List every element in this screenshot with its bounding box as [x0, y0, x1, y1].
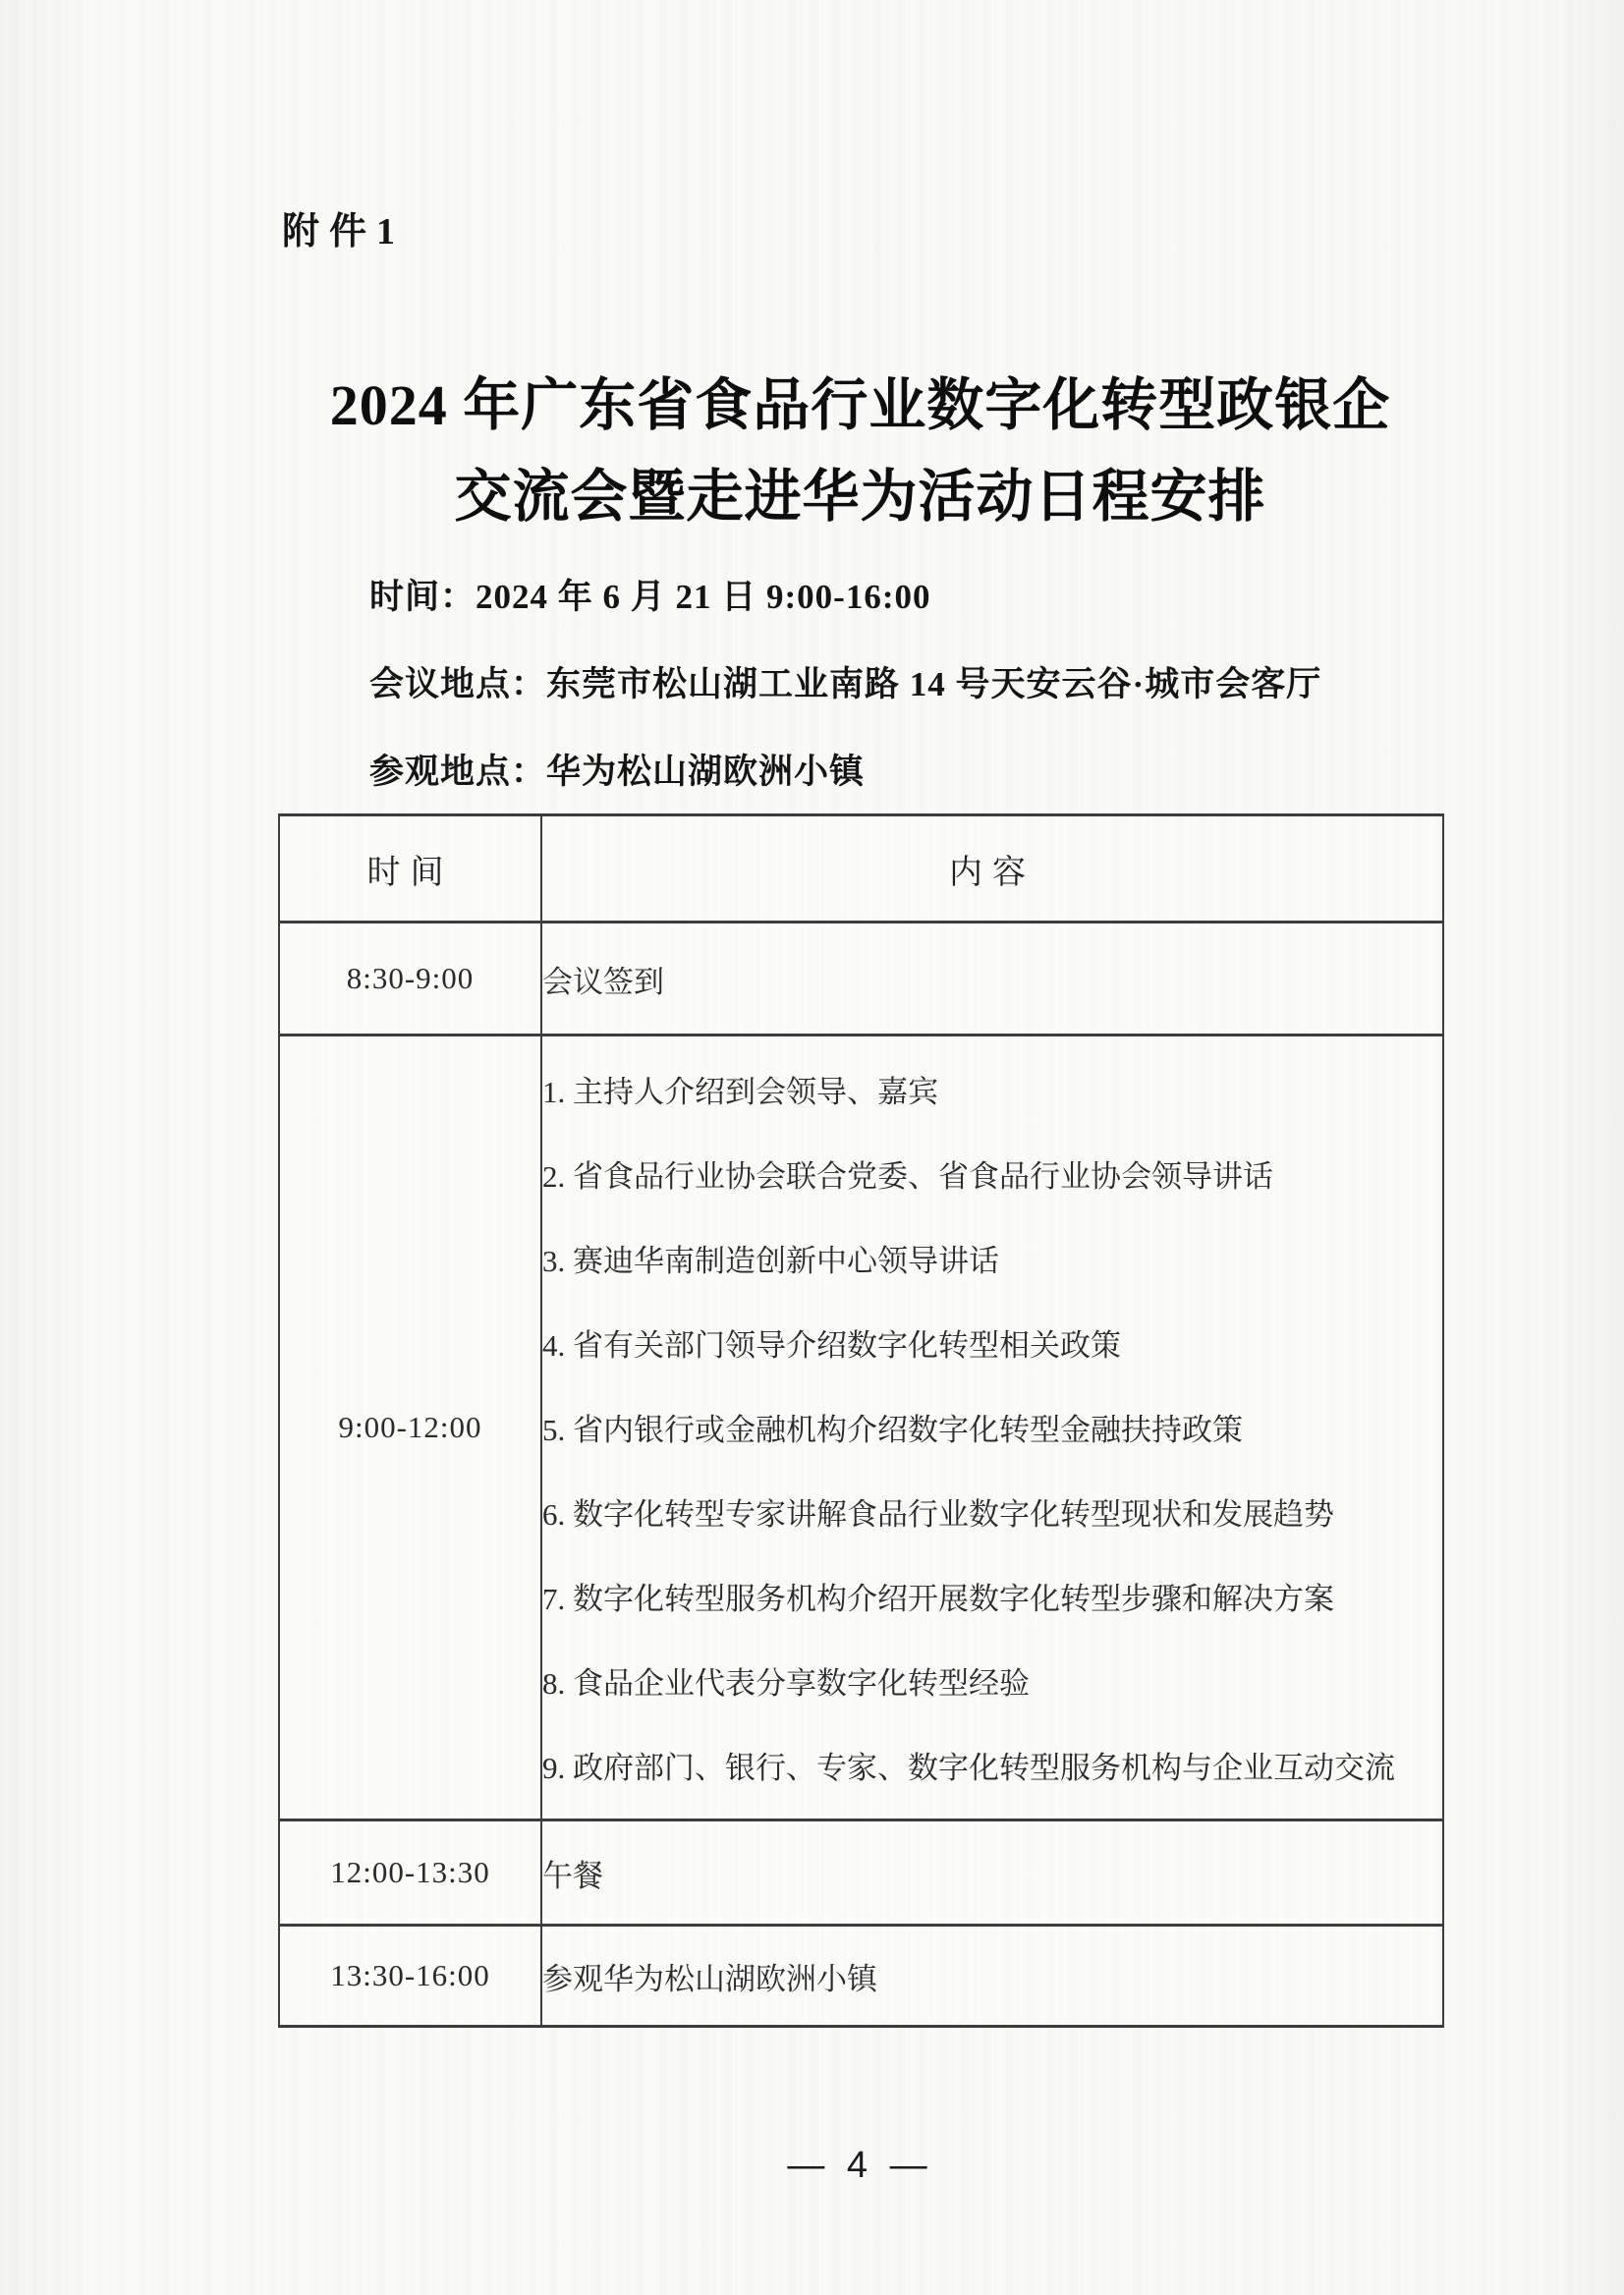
- agenda-item: 5. 省内银行或金融机构介绍数字化转型金融扶持政策: [542, 1388, 1442, 1473]
- page-number: — 4 —: [278, 2145, 1442, 2187]
- table-row-signin: 8:30-9:00 会议签到: [279, 923, 1443, 1036]
- title-line-1: 2024 年广东省食品行业数字化转型政银企: [278, 360, 1442, 451]
- meta-row-meeting-location: 会议地点：东莞市松山湖工业南路 14 号天安云谷·城市会客厅: [369, 662, 1321, 750]
- meta-label-time: 时间：: [369, 578, 476, 616]
- content-cell: 参观华为松山湖欧洲小镇: [541, 1926, 1443, 2027]
- agenda-item: 1. 主持人介绍到会领导、嘉宾: [542, 1050, 1442, 1135]
- time-cell: 8:30-9:00: [279, 923, 541, 1036]
- schedule-table: 时间 内容 8:30-9:00 会议签到 9:00-12:00 1. 主持人介绍…: [278, 813, 1444, 2028]
- title-line-2: 交流会暨走进华为活动日程安排: [278, 451, 1442, 542]
- meta-row-time: 时间：2024 年 6 月 21 日 9:00-16:00: [369, 575, 1321, 662]
- time-cell: 9:00-12:00: [279, 1036, 541, 1820]
- time-cell: 13:30-16:00: [279, 1926, 541, 2027]
- agenda-item: 7. 数字化转型服务机构介绍开展数字化转型步骤和解决方案: [542, 1557, 1442, 1642]
- meta-label-visit-location: 参观地点：: [369, 753, 546, 791]
- table-row-morning-session: 9:00-12:00 1. 主持人介绍到会领导、嘉宾 2. 省食品行业协会联合党…: [279, 1036, 1443, 1820]
- meta-label-meeting-location: 会议地点：: [369, 665, 546, 703]
- agenda-item: 8. 食品企业代表分享数字化转型经验: [542, 1642, 1442, 1726]
- agenda-item: 会议签到: [542, 965, 664, 999]
- table-header-row: 时间 内容: [279, 815, 1443, 923]
- attachment-label: 附件1: [282, 200, 405, 254]
- meta-value-meeting-location: 东莞市松山湖工业南路 14 号天安云谷·城市会客厅: [546, 665, 1321, 703]
- agenda-item: 2. 省食品行业协会联合党委、省食品行业协会领导讲话: [542, 1135, 1442, 1219]
- content-cell: 1. 主持人介绍到会领导、嘉宾 2. 省食品行业协会联合党委、省食品行业协会领导…: [541, 1036, 1443, 1820]
- agenda-item: 3. 赛迪华南制造创新中心领导讲话: [542, 1219, 1442, 1304]
- agenda-item: 9. 政府部门、银行、专家、数字化转型服务机构与企业互动交流: [542, 1726, 1442, 1811]
- agenda-item: 参观华为松山湖欧洲小镇: [542, 1962, 877, 1996]
- agenda-item: 6. 数字化转型专家讲解食品行业数字化转型现状和发展趋势: [542, 1473, 1442, 1557]
- content-cell: 会议签到: [541, 923, 1443, 1036]
- scanned-document-page: 附件1 2024 年广东省食品行业数字化转型政银企 交流会暨走进华为活动日程安排…: [0, 0, 1624, 2295]
- col-header-content: 内容: [541, 815, 1443, 923]
- meta-value-visit-location: 华为松山湖欧洲小镇: [546, 753, 865, 791]
- meta-block: 时间：2024 年 6 月 21 日 9:00-16:00 会议地点：东莞市松山…: [369, 575, 1321, 837]
- meta-value-time: 2024 年 6 月 21 日 9:00-16:00: [476, 578, 930, 616]
- col-header-time: 时间: [279, 815, 541, 923]
- time-cell: 12:00-13:30: [279, 1820, 541, 1926]
- table-row-lunch: 12:00-13:30 午餐: [279, 1820, 1443, 1926]
- agenda-item: 午餐: [542, 1859, 603, 1893]
- agenda-item: 4. 省有关部门领导介绍数字化转型相关政策: [542, 1304, 1442, 1388]
- document-title: 2024 年广东省食品行业数字化转型政银企 交流会暨走进华为活动日程安排: [278, 360, 1442, 542]
- table-row-visit: 13:30-16:00 参观华为松山湖欧洲小镇: [279, 1926, 1443, 2027]
- content-cell: 午餐: [541, 1820, 1443, 1926]
